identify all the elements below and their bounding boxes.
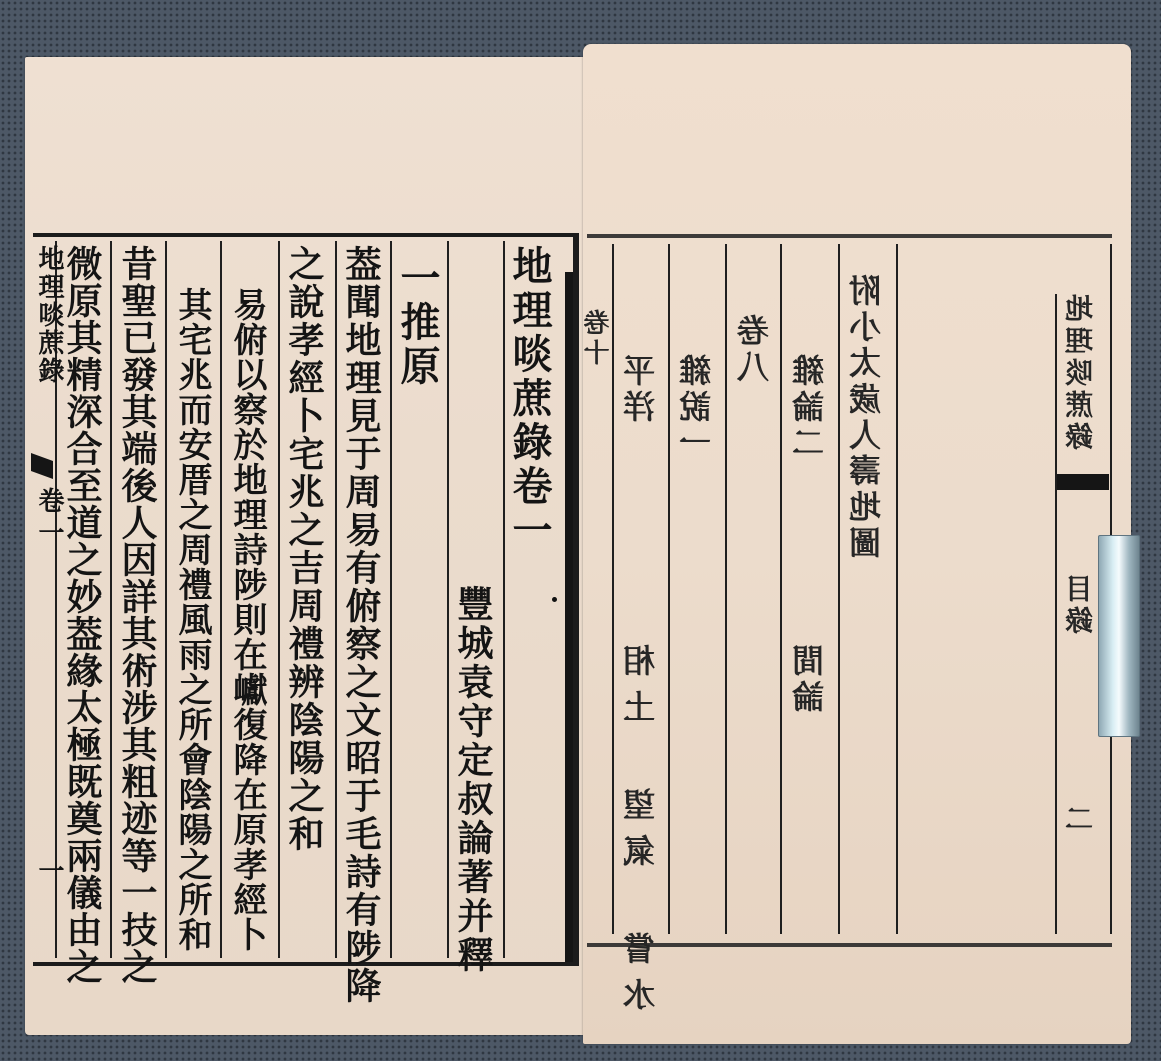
mirror-text-column: 雜論二 — [788, 354, 832, 462]
mirror-text-column: 雜說一 — [675, 354, 719, 462]
gutter-band — [565, 272, 573, 962]
fishtail-mark — [1057, 474, 1109, 490]
column-rule — [220, 241, 222, 958]
column-rule — [447, 241, 449, 958]
ink-dot — [552, 597, 557, 602]
column-rule — [725, 244, 727, 934]
column-rule — [278, 241, 280, 958]
margin-title: 地理啖蔗錄 — [1059, 294, 1103, 454]
mirror-text-column: 卷十 — [577, 309, 621, 369]
mirror-text-column: 卷八 — [733, 314, 777, 386]
body-column: 昔聖已發其端後人因詳其術涉其粗迹等一技之 — [115, 245, 159, 985]
body-column: 其宅兆而安厝之周禮風雨之所會陰陽之所和 — [170, 287, 214, 952]
section-heading: 一推原 — [395, 257, 439, 389]
page-clip — [1098, 535, 1140, 737]
body-column: 易俯以察於地理詩陟則在巘復降在原孝經卜 — [225, 287, 269, 952]
body-column: 之說孝經卜宅兆之吉周禮辨陰陽之和 — [282, 245, 326, 853]
body-column: 葢聞地理見于周易有俯察之文昭于毛詩有陟降 — [339, 245, 383, 1005]
column-rule — [668, 244, 670, 934]
mirror-text-column: 附小太歲人壽地圖 — [845, 274, 889, 562]
column-rule — [335, 241, 337, 958]
column-rule — [110, 241, 112, 958]
column-rule — [896, 244, 898, 934]
chapter-title: 地理啖蔗錄卷一 — [507, 245, 551, 553]
mirror-text-column: 相土 望氣 嘗水 — [619, 644, 663, 1024]
column-rule — [780, 244, 782, 934]
column-rule — [503, 241, 505, 958]
right-page: 附小太歲人壽地圖 雜論二 間論 卷八 雜說一 平洋 相土 望氣 嘗水 卷十 地理… — [583, 44, 1131, 1044]
column-rule — [838, 244, 840, 934]
column-rule — [165, 241, 167, 958]
left-page: 地理啖蔗錄 卷一 一 地理啖蔗錄卷一 豐城袁守定叔論著并釋 一推原 葢聞地理見于… — [25, 57, 585, 1035]
column-rule — [390, 241, 392, 958]
body-column: 微原其精深合至道之妙葢緣太極既奠兩儀由之 — [60, 245, 104, 985]
margin-label: 目錄 — [1059, 574, 1103, 638]
mirror-text-column: 平洋 — [619, 354, 663, 426]
margin-page-number: 二 — [1059, 804, 1103, 836]
author-line: 豐城袁守定叔論著并釋 — [451, 585, 495, 975]
column-rule — [1055, 294, 1057, 934]
mirror-text-column: 間論 — [788, 644, 832, 716]
